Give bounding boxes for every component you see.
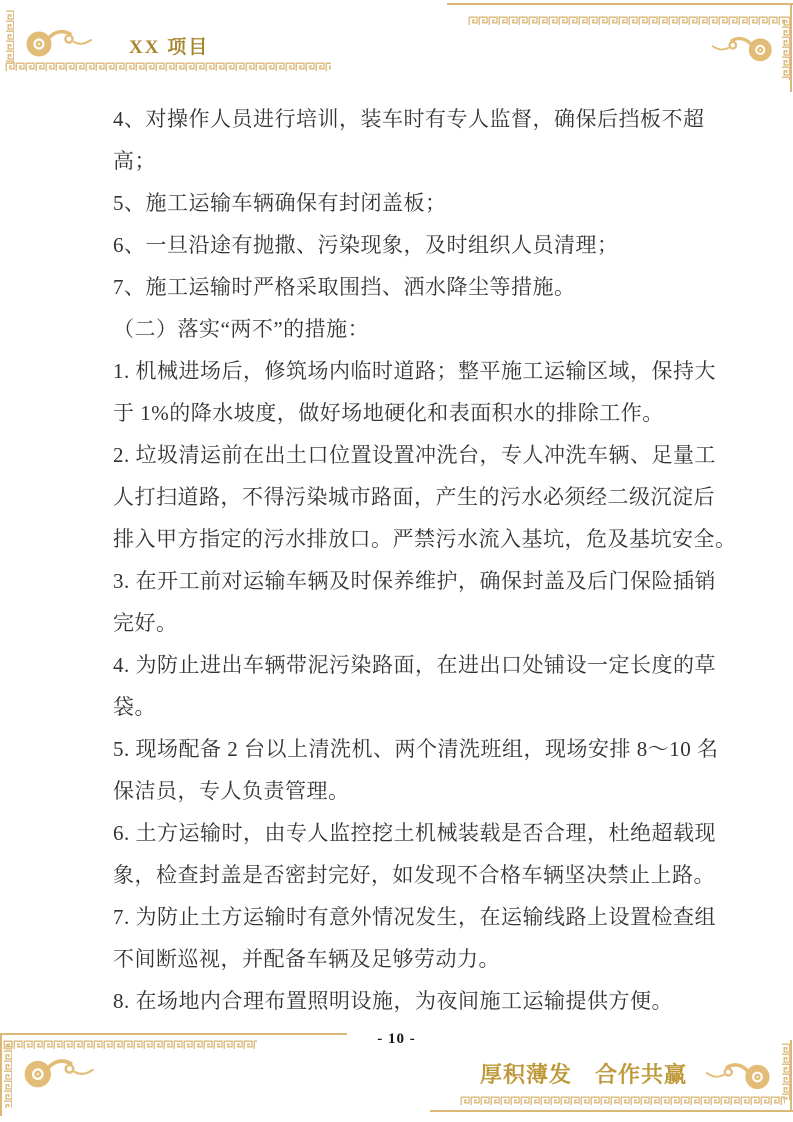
meander-border-header-right-vertical: [781, 16, 790, 80]
cloud-icon: [22, 1054, 98, 1090]
meander-border-header-left-horizontal: [5, 62, 331, 72]
header-right-rule: [447, 3, 793, 5]
text-line: 4、对操作人员进行培训，装车时有专人监督，确保后挡板不超: [113, 98, 695, 140]
header-right-edge-rule: [790, 4, 792, 92]
text-line: 保洁员，专人负责管理。: [113, 770, 695, 812]
text-line: 4. 为防止进出车辆带泥污染路面，在进出口处铺设一定长度的草: [113, 644, 695, 686]
cloud-icon: [702, 1058, 772, 1092]
project-title: XX 项目: [129, 32, 209, 59]
text-line: 1. 机械进场后，修筑场内临时道路；整平施工运输区域，保持大: [113, 350, 695, 392]
text-line: 袋。: [113, 686, 695, 728]
text-line: 象，检查封盖是否密封完好，如发现不合格车辆坚决禁止上路。: [113, 854, 695, 896]
text-line: 5. 现场配备 2 台以上清洗机、两个清洗班组，现场安排 8～10 名: [113, 728, 695, 770]
cloud-icon: [24, 26, 96, 58]
text-line: 8. 在场地内合理布置照明设施，为夜间施工运输提供方便。: [113, 980, 695, 1022]
text-line: 7. 为防止土方运输时有意外情况发生，在运输线路上设置检查组: [113, 896, 695, 938]
text-line: 于 1%的降水坡度，做好场地硬化和表面积水的排除工作。: [113, 392, 695, 434]
text-line: 高；: [113, 140, 695, 182]
footer-left-rule: [0, 1033, 347, 1035]
text-line: 不间断巡视，并配备车辆及足够劳动力。: [113, 938, 695, 980]
meander-border-header-left-vertical: [5, 10, 14, 63]
meander-border-footer-left-vertical: [3, 1040, 12, 1108]
footer-slogan: 厚积薄发 合作共赢: [480, 1058, 687, 1089]
text-line: （二）落实“两不”的措施：: [113, 308, 695, 350]
text-line: 6. 土方运输时，由专人监控挖土机械装载是否合理，杜绝超载现: [113, 812, 695, 854]
meander-border-header-right-horizontal: [468, 16, 785, 26]
footer-left-edge-rule: [0, 1034, 2, 1116]
meander-border-footer-left-horizontal: [3, 1040, 257, 1050]
text-line: 3. 在开工前对运输车辆及时保养维护，确保封盖及后门保险插销: [113, 560, 695, 602]
text-line: 6、一旦沿途有抛撒、污染现象，及时组织人员清理；: [113, 224, 695, 266]
meander-border-footer-right-vertical: [781, 1043, 790, 1100]
text-line: 排入甲方指定的污水排放口。严禁污水流入基坑，危及基坑安全。: [113, 518, 695, 560]
cloud-icon: [708, 32, 774, 64]
text-line: 完好。: [113, 602, 695, 644]
footer-right-edge-rule: [790, 1040, 792, 1110]
document-page: XX 项目 4、对操作人员进行培训，装车时有专人监督，确保后挡板不超 高； 5、…: [0, 0, 793, 1122]
meander-border-footer-right-horizontal: [460, 1096, 785, 1106]
document-body: 4、对操作人员进行培训，装车时有专人监督，确保后挡板不超 高； 5、施工运输车辆…: [113, 98, 695, 1022]
text-line: 人打扫道路，不得污染城市路面，产生的污水必须经二级沉淀后: [113, 476, 695, 518]
footer-right-rule: [430, 1110, 793, 1112]
text-line: 7、施工运输时严格采取围挡、洒水降尘等措施。: [113, 266, 695, 308]
text-line: 5、施工运输车辆确保有封闭盖板；: [113, 182, 695, 224]
text-line: 2. 垃圾清运前在出土口位置设置冲洗台，专人冲洗车辆、足量工: [113, 434, 695, 476]
